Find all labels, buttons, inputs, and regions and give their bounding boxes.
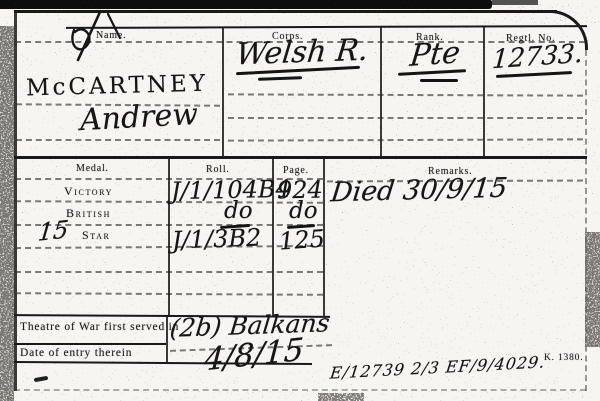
corps-value: Welsh R. — [234, 36, 369, 71]
divider-corps-rank — [380, 27, 382, 157]
form-number: K. 1380. — [544, 353, 583, 363]
page-value-star: 125 — [278, 226, 325, 253]
roll-value-british: do — [224, 200, 253, 223]
divider-rank-regtl — [483, 27, 485, 157]
rank-value: Pte — [408, 38, 461, 72]
roll-header: Roll. — [206, 164, 230, 175]
theatre-label: Theatre of War first served in — [20, 321, 179, 333]
medal-victory-label: Victory — [64, 184, 113, 199]
remarks-value: Died 30/9/15 — [329, 175, 508, 207]
medal-star-label: Star — [82, 228, 110, 243]
section-separator — [14, 156, 587, 159]
header-rule — [66, 25, 587, 29]
row-rule-2 — [228, 117, 583, 119]
stray-ink-mark — [34, 376, 48, 382]
row-rule-3 — [228, 138, 583, 141]
regtl-no-value: 12733. — [491, 41, 584, 74]
forename-value: Andrew — [79, 100, 198, 136]
date-entry-value: 4/8/15 — [203, 335, 304, 377]
name-rule-2 — [16, 139, 220, 141]
scan-edge-top — [0, 0, 492, 9]
medal-star-prefix: 15 — [37, 217, 70, 245]
theatre-rule-mid — [14, 343, 166, 345]
roll-value-star: J/1/3B2 — [172, 225, 262, 252]
row-rule-1 — [228, 93, 583, 96]
divider-medal-roll — [168, 158, 170, 317]
card-border-right — [585, 50, 587, 391]
corps-underline-2 — [258, 76, 302, 80]
medal-header: Medal. — [76, 163, 109, 174]
card-border-bottom — [14, 389, 586, 391]
rank-underline-2 — [420, 79, 458, 82]
medal-british-label: British — [66, 206, 111, 221]
medal-index-card-scan: Name. Corps. Rank. Regtl. No. McCARTNEY … — [0, 0, 600, 401]
reference-number: E/12739 2/3 EF/9/4029. — [329, 354, 546, 381]
pen-check-mark — [60, 8, 138, 64]
date-entry-label: Date of entry therein — [20, 347, 132, 359]
surname-value: McCARTNEY — [26, 73, 209, 101]
page-value-british: do — [289, 200, 318, 223]
divider-name-corps — [222, 27, 224, 157]
scan-edge-top-fragment — [492, 0, 538, 5]
